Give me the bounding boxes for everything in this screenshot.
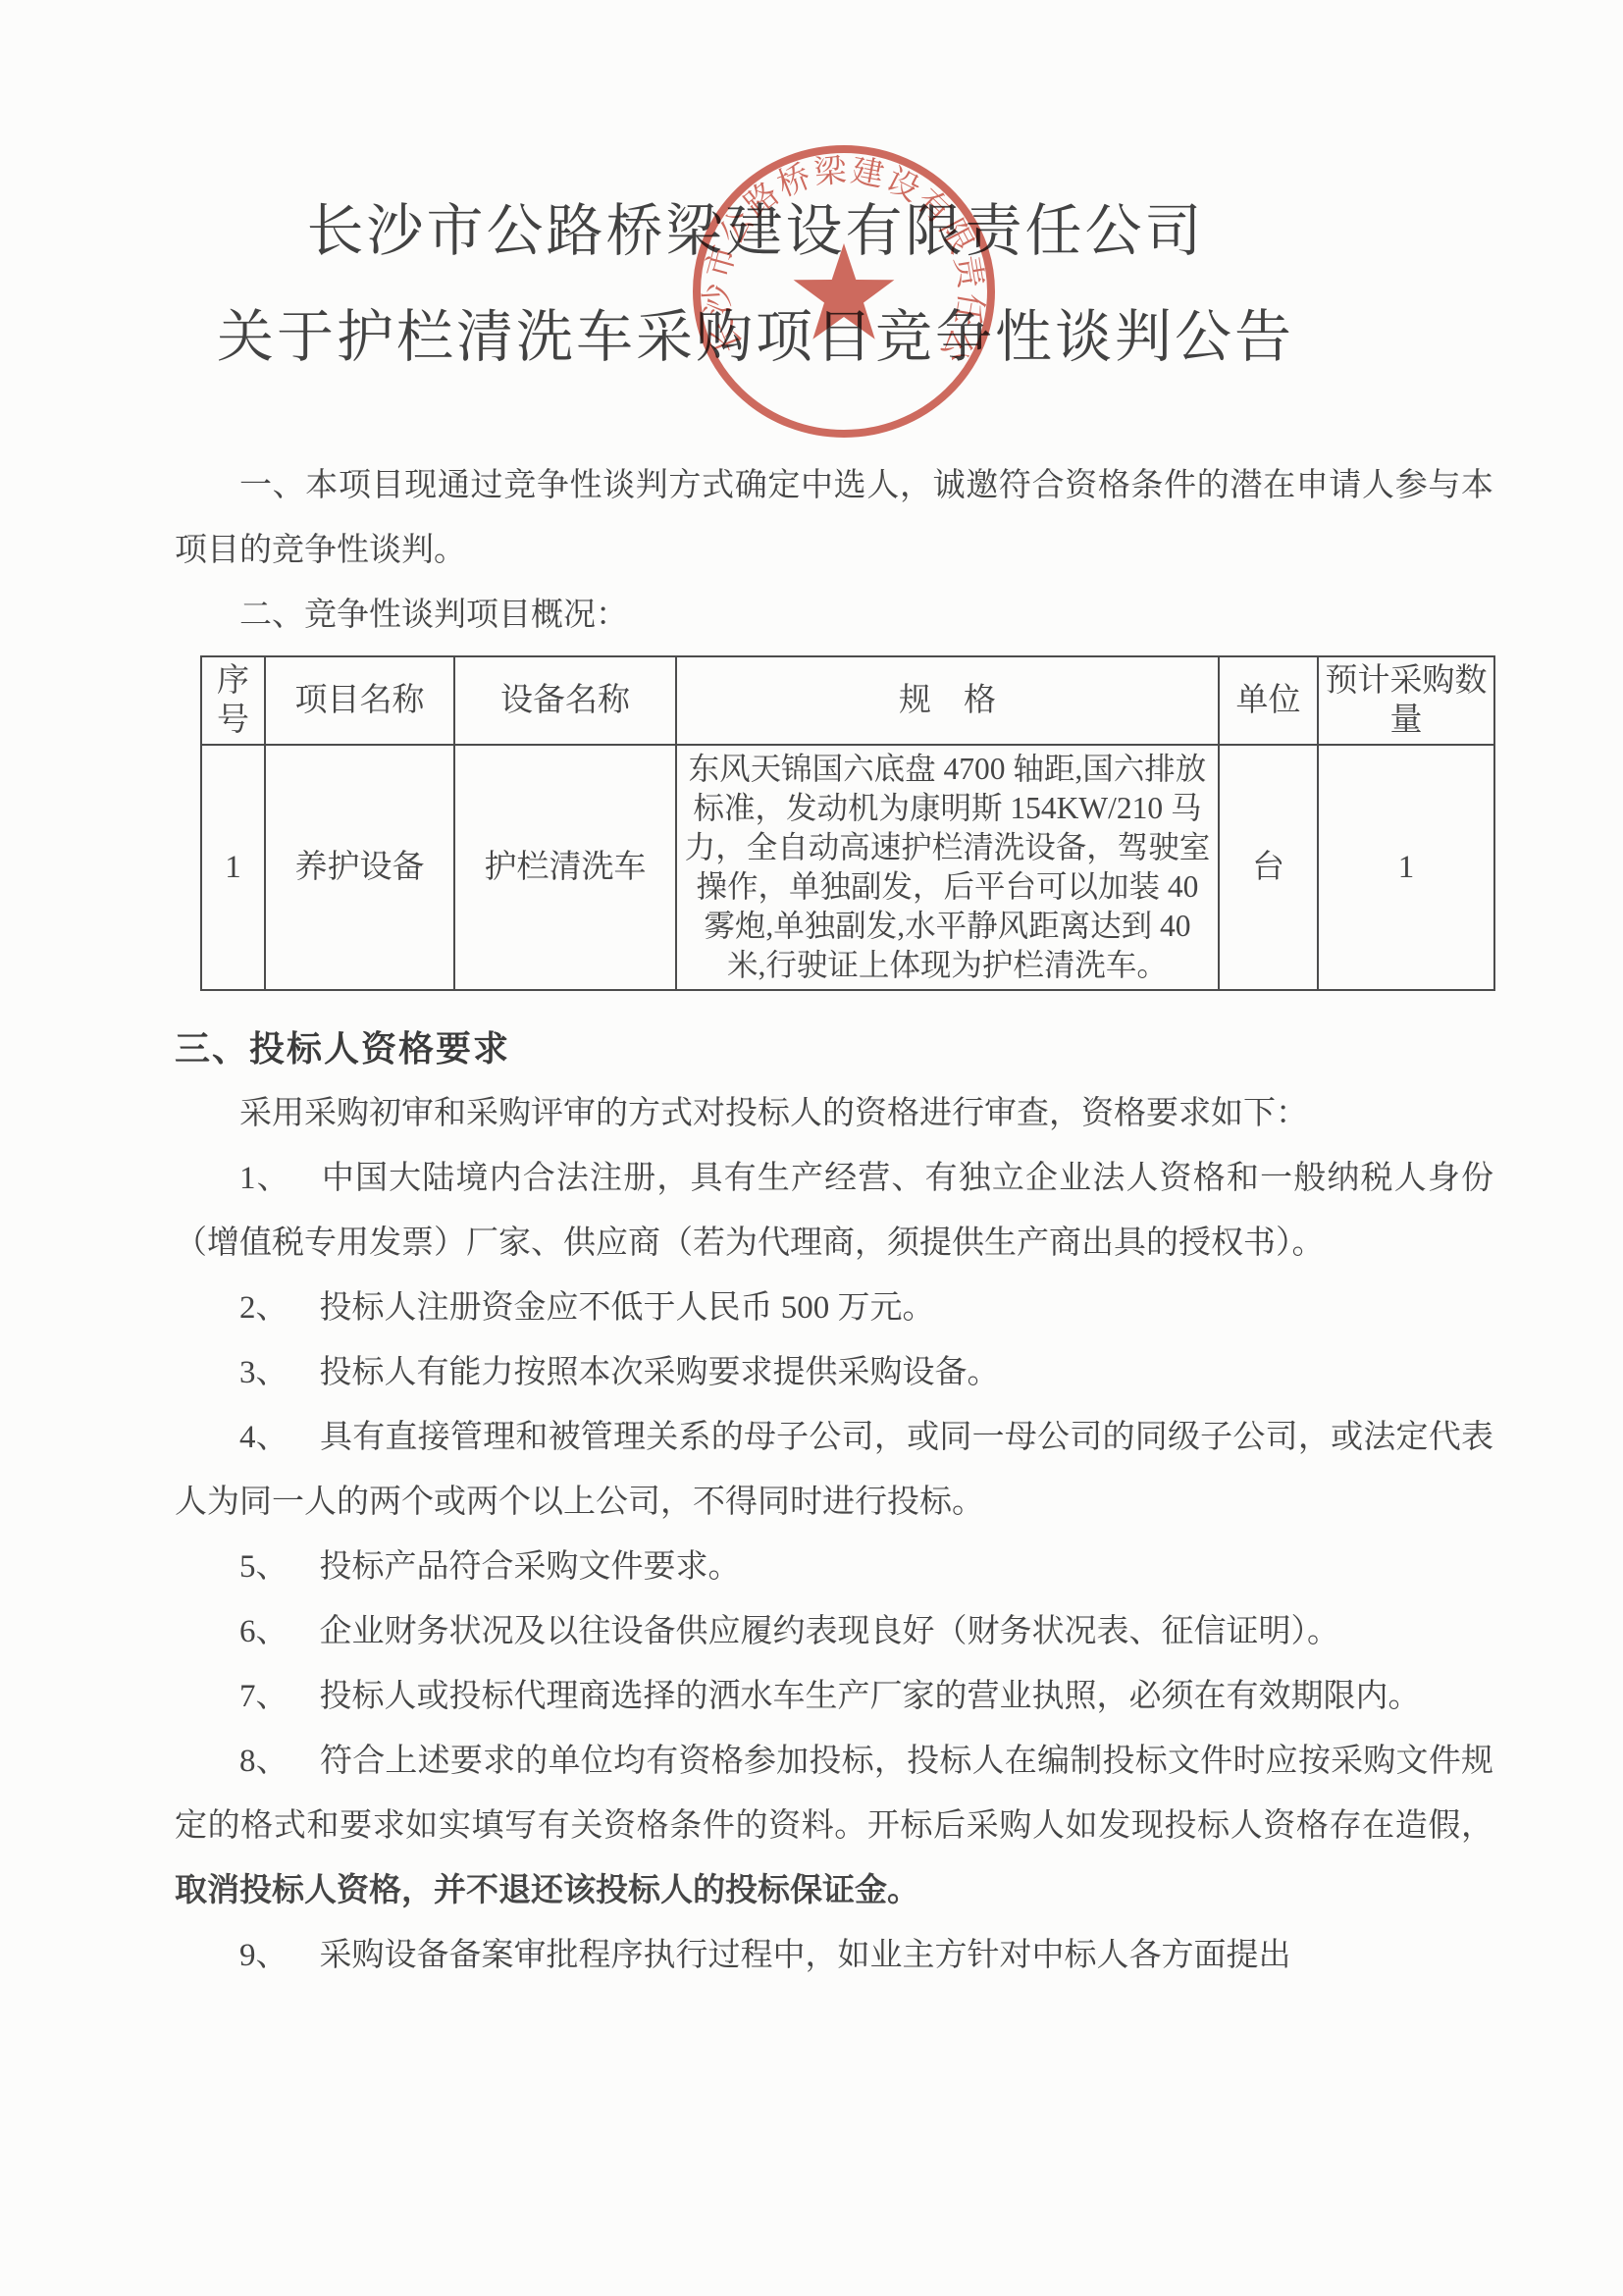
- requirement-item-text: 投标人或投标代理商选择的洒水车生产厂家的营业执照，必须在有效期限内。: [320, 1679, 1421, 1714]
- requirement-item-number: 4、: [239, 1420, 288, 1455]
- col-header-unit: 单位: [1219, 656, 1318, 745]
- cell-qty: 1: [1318, 745, 1494, 990]
- requirement-item-text: 符合上述要求的单位均有资格参加投标，投标人在编制投标文件时应按采购文件规定的格式…: [175, 1744, 1493, 1844]
- requirement-item-number: 7、: [239, 1679, 288, 1714]
- col-header-no: 序号: [201, 656, 265, 745]
- requirement-item-text: 采购设备备案审批程序执行过程中，如业主方针对中标人各方面提出: [320, 1938, 1291, 1973]
- requirement-item-text-bold: 取消投标人资格，并不退还该投标人的投标保证金。: [175, 1873, 919, 1908]
- table-row: 1 养护设备 护栏清洗车 东风天锦国六底盘 4700 轴距,国六排放标准，发动机…: [201, 745, 1494, 990]
- cell-no: 1: [201, 745, 265, 990]
- requirement-item-text: 具有直接管理和被管理关系的母子公司，或同一母公司的同级子公司，或法定代表人为同一…: [175, 1420, 1493, 1520]
- table-header-row: 序号 项目名称 设备名称 规 格 单位 预计采购数量: [201, 656, 1494, 745]
- cell-unit: 台: [1219, 745, 1318, 990]
- requirement-item-text: 投标产品符合采购文件要求。: [320, 1549, 741, 1585]
- requirement-item: 7、投标人或投标代理商选择的洒水车生产厂家的营业执照，必须在有效期限内。: [175, 1664, 1493, 1729]
- requirement-item: 3、投标人有能力按照本次采购要求提供采购设备。: [175, 1340, 1493, 1405]
- requirement-item-text: 中国大陆境内合法注册，具有生产经营、有独立企业法人资格和一般纳税人身份（增值税专…: [175, 1161, 1493, 1261]
- requirement-item-text: 投标人注册资金应不低于人民币 500 万元。: [320, 1290, 935, 1326]
- svg-text:长沙市公路桥梁建设有限责任公司: 长沙市公路桥梁建设有限责任公司: [675, 120, 989, 369]
- intro-paragraph-1: 一、本项目现通过竞争性谈判方式确定中选人，诚邀符合资格条件的潜在申请人参与本项目…: [175, 453, 1493, 583]
- cell-project: 养护设备: [265, 745, 454, 990]
- requirement-item: 4、具有直接管理和被管理关系的母子公司，或同一母公司的同级子公司，或法定代表人为…: [175, 1405, 1493, 1535]
- company-seal: 长沙市公路桥梁建设有限责任公司: [675, 120, 1013, 463]
- seal-star-icon: [794, 243, 895, 339]
- requirement-item-number: 5、: [239, 1549, 288, 1585]
- requirement-item-number: 2、: [239, 1290, 288, 1326]
- requirement-item: 8、符合上述要求的单位均有资格参加投标，投标人在编制投标文件时应按采购文件规定的…: [175, 1729, 1493, 1923]
- col-header-qty: 预计采购数量: [1318, 656, 1494, 745]
- col-header-spec: 规 格: [676, 656, 1219, 745]
- requirement-item-text: 投标人有能力按照本次采购要求提供采购设备。: [320, 1355, 1000, 1390]
- document-body: 一、本项目现通过竞争性谈判方式确定中选人，诚邀符合资格条件的潜在申请人参与本项目…: [175, 453, 1493, 1988]
- requirement-item: 6、企业财务状况及以往设备供应履约表现良好（财务状况表、征信证明）。: [175, 1599, 1493, 1664]
- cell-spec: 东风天锦国六底盘 4700 轴距,国六排放标准，发动机为康明斯 154KW/21…: [676, 745, 1219, 990]
- requirement-item-number: 8、: [239, 1744, 288, 1779]
- requirement-item: 1、中国大陆境内合法注册，具有生产经营、有独立企业法人资格和一般纳税人身份（增值…: [175, 1146, 1493, 1276]
- requirement-item-number: 9、: [239, 1938, 288, 1973]
- requirement-item: 5、投标产品符合采购文件要求。: [175, 1535, 1493, 1599]
- cell-device: 护栏清洗车: [454, 745, 676, 990]
- section3-intro: 采用采购初审和采购评审的方式对投标人的资格进行审查，资格要求如下：: [175, 1081, 1493, 1146]
- procurement-overview-table: 序号 项目名称 设备名称 规 格 单位 预计采购数量 1 养护设备 护栏清洗车 …: [200, 655, 1495, 991]
- section2-heading: 二、竞争性谈判项目概况：: [175, 583, 1493, 648]
- requirements-list: 1、中国大陆境内合法注册，具有生产经营、有独立企业法人资格和一般纳税人身份（增值…: [175, 1146, 1493, 1988]
- requirement-item-number: 3、: [239, 1355, 288, 1390]
- requirement-item: 9、采购设备备案审批程序执行过程中，如业主方针对中标人各方面提出: [175, 1923, 1493, 1988]
- seal-ring-text: 长沙市公路桥梁建设有限责任公司: [675, 120, 989, 369]
- requirement-item-number: 6、: [239, 1614, 288, 1649]
- requirement-item-text: 企业财务状况及以往设备供应履约表现良好（财务状况表、征信证明）。: [320, 1614, 1340, 1649]
- requirement-item-number: 1、: [239, 1161, 290, 1196]
- section3-heading: 三、投标人资格要求: [175, 1017, 1493, 1081]
- col-header-project: 项目名称: [265, 656, 454, 745]
- col-header-device: 设备名称: [454, 656, 676, 745]
- scanned-document-page: 长沙市公路桥梁建设有限责任公司 关于护栏清洗车采购项目竞争性谈判公告 长沙市公路…: [0, 0, 1623, 2296]
- requirement-item: 2、投标人注册资金应不低于人民币 500 万元。: [175, 1276, 1493, 1340]
